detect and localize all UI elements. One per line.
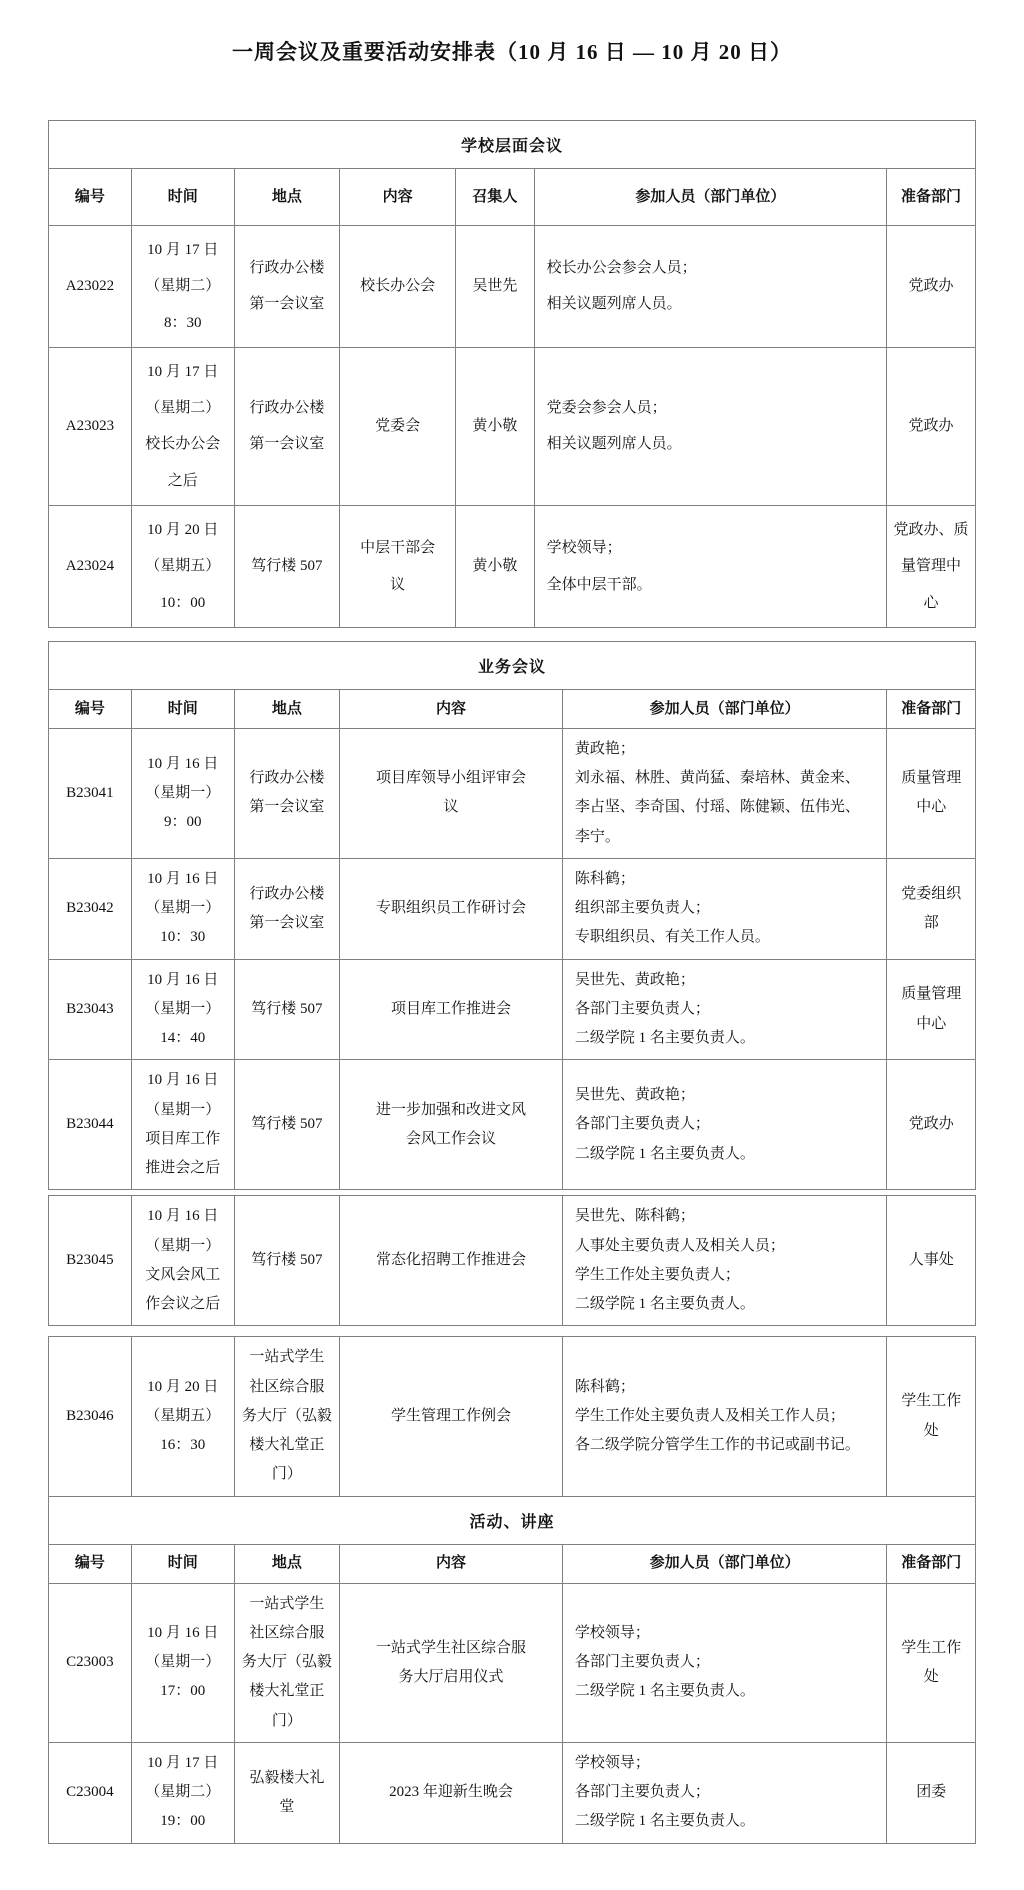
cell-id: C23004 <box>49 1743 132 1843</box>
cell-participants: 吴世先、黄政艳； 各部门主要负责人； 二级学院 1 名主要负责人。 <box>563 1060 888 1189</box>
table-row: B2304510 月 16 日 （星期一） 文风会风工 作会议之后笃行楼 507… <box>49 1196 975 1325</box>
cell-id: B23045 <box>49 1196 132 1325</box>
table-row: C2300310 月 16 日 （星期一） 17：00一站式学生 社区综合服 务… <box>49 1583 975 1742</box>
cell-id: B23041 <box>49 729 132 858</box>
page-title: 一周会议及重要活动安排表（10 月 16 日 — 10 月 20 日） <box>48 36 976 66</box>
cell-participants: 学校领导； 各部门主要负责人； 二级学院 1 名主要负责人。 <box>563 1743 888 1843</box>
column-header: 编号 <box>49 1545 132 1583</box>
tables-container: 学校层面会议编号时间地点内容召集人参加人员（部门单位）准备部门A2302210 … <box>48 120 976 1844</box>
cell-id: B23046 <box>49 1337 132 1495</box>
cell-time: 10 月 17 日 （星期二） 校长办公会 之后 <box>132 348 235 505</box>
cell-participants: 学校领导； 各部门主要负责人； 二级学院 1 名主要负责人。 <box>563 1584 888 1742</box>
cell-time: 10 月 16 日 （星期一） 17：00 <box>132 1584 235 1742</box>
cell-prep: 学生工作 处 <box>887 1584 975 1742</box>
cell-time: 10 月 20 日 （星期五） 16：30 <box>132 1337 235 1495</box>
column-header: 时间 <box>132 1545 235 1583</box>
table-row: A2302310 月 17 日 （星期二） 校长办公会 之后行政办公楼 第一会议… <box>49 347 975 505</box>
cell-id: A23023 <box>49 348 132 505</box>
cell-id: A23024 <box>49 506 132 627</box>
cell-prep: 党政办 <box>887 226 975 347</box>
column-header: 地点 <box>235 690 341 728</box>
cell-content: 进一步加强和改进文风 会风工作会议 <box>340 1060 563 1189</box>
cell-content: 项目库领导小组评审会 议 <box>340 729 563 858</box>
cell-id: B23043 <box>49 960 132 1060</box>
cell-time: 10 月 16 日 （星期一） 10：30 <box>132 859 235 959</box>
table-row: A2302410 月 20 日 （星期五） 10：00笃行楼 507中层干部会 … <box>49 505 975 627</box>
cell-prep: 团委 <box>887 1743 975 1843</box>
cell-content: 党委会 <box>340 348 456 505</box>
cell-prep: 学生工作 处 <box>887 1337 975 1495</box>
cell-convener: 吴世先 <box>456 226 535 347</box>
cell-prep: 人事处 <box>887 1196 975 1325</box>
section-header: 业务会议 <box>49 642 975 689</box>
table-block: B2304510 月 16 日 （星期一） 文风会风工 作会议之后笃行楼 507… <box>48 1195 976 1326</box>
cell-prep: 质量管理 中心 <box>887 729 975 858</box>
cell-content: 常态化招聘工作推进会 <box>340 1196 563 1325</box>
column-header: 地点 <box>235 169 341 225</box>
cell-place: 笃行楼 507 <box>235 1196 341 1325</box>
cell-place: 一站式学生 社区综合服 务大厅（弘毅 楼大礼堂正 门） <box>235 1337 341 1495</box>
cell-place: 一站式学生 社区综合服 务大厅（弘毅 楼大礼堂正 门） <box>235 1584 341 1742</box>
column-header: 参加人员（部门单位） <box>563 690 888 728</box>
cell-participants: 吴世先、黄政艳； 各部门主要负责人； 二级学院 1 名主要负责人。 <box>563 960 888 1060</box>
column-header: 准备部门 <box>887 690 975 728</box>
cell-time: 10 月 16 日 （星期一） 14：40 <box>132 960 235 1060</box>
cell-id: C23003 <box>49 1584 132 1742</box>
cell-time: 10 月 16 日 （星期一） 项目库工作 推进会之后 <box>132 1060 235 1189</box>
column-header: 内容 <box>340 690 563 728</box>
header-row: 编号时间地点内容召集人参加人员（部门单位）准备部门 <box>49 168 975 225</box>
cell-participants: 黄政艳； 刘永福、林胜、黄尚猛、秦培林、黄金来、 李占坚、李奇国、付瑶、陈健颖、… <box>563 729 888 858</box>
column-header: 参加人员（部门单位） <box>535 169 887 225</box>
table-row: B2304610 月 20 日 （星期五） 16：30一站式学生 社区综合服 务… <box>49 1337 975 1495</box>
cell-convener: 黄小敬 <box>456 348 535 505</box>
cell-prep: 质量管理 中心 <box>887 960 975 1060</box>
column-header: 准备部门 <box>887 169 975 225</box>
column-header: 参加人员（部门单位） <box>563 1545 888 1583</box>
table-row: B2304410 月 16 日 （星期一） 项目库工作 推进会之后笃行楼 507… <box>49 1059 975 1189</box>
cell-content: 中层干部会 议 <box>340 506 456 627</box>
cell-participants: 陈科鹤； 组织部主要负责人； 专职组织员、有关工作人员。 <box>563 859 888 959</box>
table-row: B2304110 月 16 日 （星期一） 9：00行政办公楼 第一会议室项目库… <box>49 728 975 858</box>
column-header: 内容 <box>340 169 456 225</box>
cell-prep: 党政办 <box>887 1060 975 1189</box>
table-row: B2304310 月 16 日 （星期一） 14：40笃行楼 507项目库工作推… <box>49 959 975 1060</box>
header-row: 编号时间地点内容参加人员（部门单位）准备部门 <box>49 1544 975 1583</box>
cell-content: 2023 年迎新生晚会 <box>340 1743 563 1843</box>
cell-prep: 党政办 <box>887 348 975 505</box>
cell-participants: 陈科鹤； 学生工作处主要负责人及相关工作人员； 各二级学院分管学生工作的书记或副… <box>563 1337 888 1495</box>
cell-time: 10 月 20 日 （星期五） 10：00 <box>132 506 235 627</box>
cell-place: 行政办公楼 第一会议室 <box>235 729 341 858</box>
table-row: A2302210 月 17 日 （星期二） 8：30行政办公楼 第一会议室校长办… <box>49 225 975 347</box>
cell-prep: 党政办、质 量管理中 心 <box>887 506 975 627</box>
cell-time: 10 月 16 日 （星期一） 文风会风工 作会议之后 <box>132 1196 235 1325</box>
cell-participants: 校长办公会参会人员； 相关议题列席人员。 <box>535 226 887 347</box>
cell-time: 10 月 17 日 （星期二） 19：00 <box>132 1743 235 1843</box>
cell-id: B23042 <box>49 859 132 959</box>
cell-participants: 学校领导； 全体中层干部。 <box>535 506 887 627</box>
cell-content: 项目库工作推进会 <box>340 960 563 1060</box>
cell-place: 行政办公楼 第一会议室 <box>235 226 341 347</box>
column-header: 召集人 <box>456 169 535 225</box>
cell-convener: 黄小敬 <box>456 506 535 627</box>
column-header: 时间 <box>132 169 235 225</box>
section-header: 学校层面会议 <box>49 121 975 168</box>
cell-content: 专职组织员工作研讨会 <box>340 859 563 959</box>
document: 一周会议及重要活动安排表（10 月 16 日 — 10 月 20 日） 学校层面… <box>0 0 1024 1890</box>
column-header: 编号 <box>49 169 132 225</box>
table-block: B2304610 月 20 日 （星期五） 16：30一站式学生 社区综合服 务… <box>48 1336 976 1843</box>
table-block: 业务会议编号时间地点内容参加人员（部门单位）准备部门B2304110 月 16 … <box>48 641 976 1191</box>
column-header: 编号 <box>49 690 132 728</box>
table-block: 学校层面会议编号时间地点内容召集人参加人员（部门单位）准备部门A2302210 … <box>48 120 976 628</box>
cell-time: 10 月 16 日 （星期一） 9：00 <box>132 729 235 858</box>
cell-place: 笃行楼 507 <box>235 960 341 1060</box>
column-header: 地点 <box>235 1545 341 1583</box>
cell-time: 10 月 17 日 （星期二） 8：30 <box>132 226 235 347</box>
header-row: 编号时间地点内容参加人员（部门单位）准备部门 <box>49 689 975 728</box>
column-header: 时间 <box>132 690 235 728</box>
section-header: 活动、讲座 <box>49 1496 975 1544</box>
cell-participants: 党委会参会人员； 相关议题列席人员。 <box>535 348 887 505</box>
column-header: 内容 <box>340 1545 563 1583</box>
cell-content: 学生管理工作例会 <box>340 1337 563 1495</box>
cell-place: 笃行楼 507 <box>235 1060 341 1189</box>
cell-content: 校长办公会 <box>340 226 456 347</box>
cell-place: 弘毅楼大礼 堂 <box>235 1743 341 1843</box>
cell-place: 行政办公楼 第一会议室 <box>235 859 341 959</box>
cell-participants: 吴世先、陈科鹤； 人事处主要负责人及相关人员； 学生工作处主要负责人； 二级学院… <box>563 1196 888 1325</box>
cell-place: 笃行楼 507 <box>235 506 341 627</box>
cell-id: B23044 <box>49 1060 132 1189</box>
cell-id: A23022 <box>49 226 132 347</box>
column-header: 准备部门 <box>887 1545 975 1583</box>
cell-content: 一站式学生社区综合服 务大厅启用仪式 <box>340 1584 563 1742</box>
cell-place: 行政办公楼 第一会议室 <box>235 348 341 505</box>
cell-prep: 党委组织 部 <box>887 859 975 959</box>
table-row: B2304210 月 16 日 （星期一） 10：30行政办公楼 第一会议室专职… <box>49 858 975 959</box>
table-row: C2300410 月 17 日 （星期二） 19：00弘毅楼大礼 堂2023 年… <box>49 1742 975 1843</box>
